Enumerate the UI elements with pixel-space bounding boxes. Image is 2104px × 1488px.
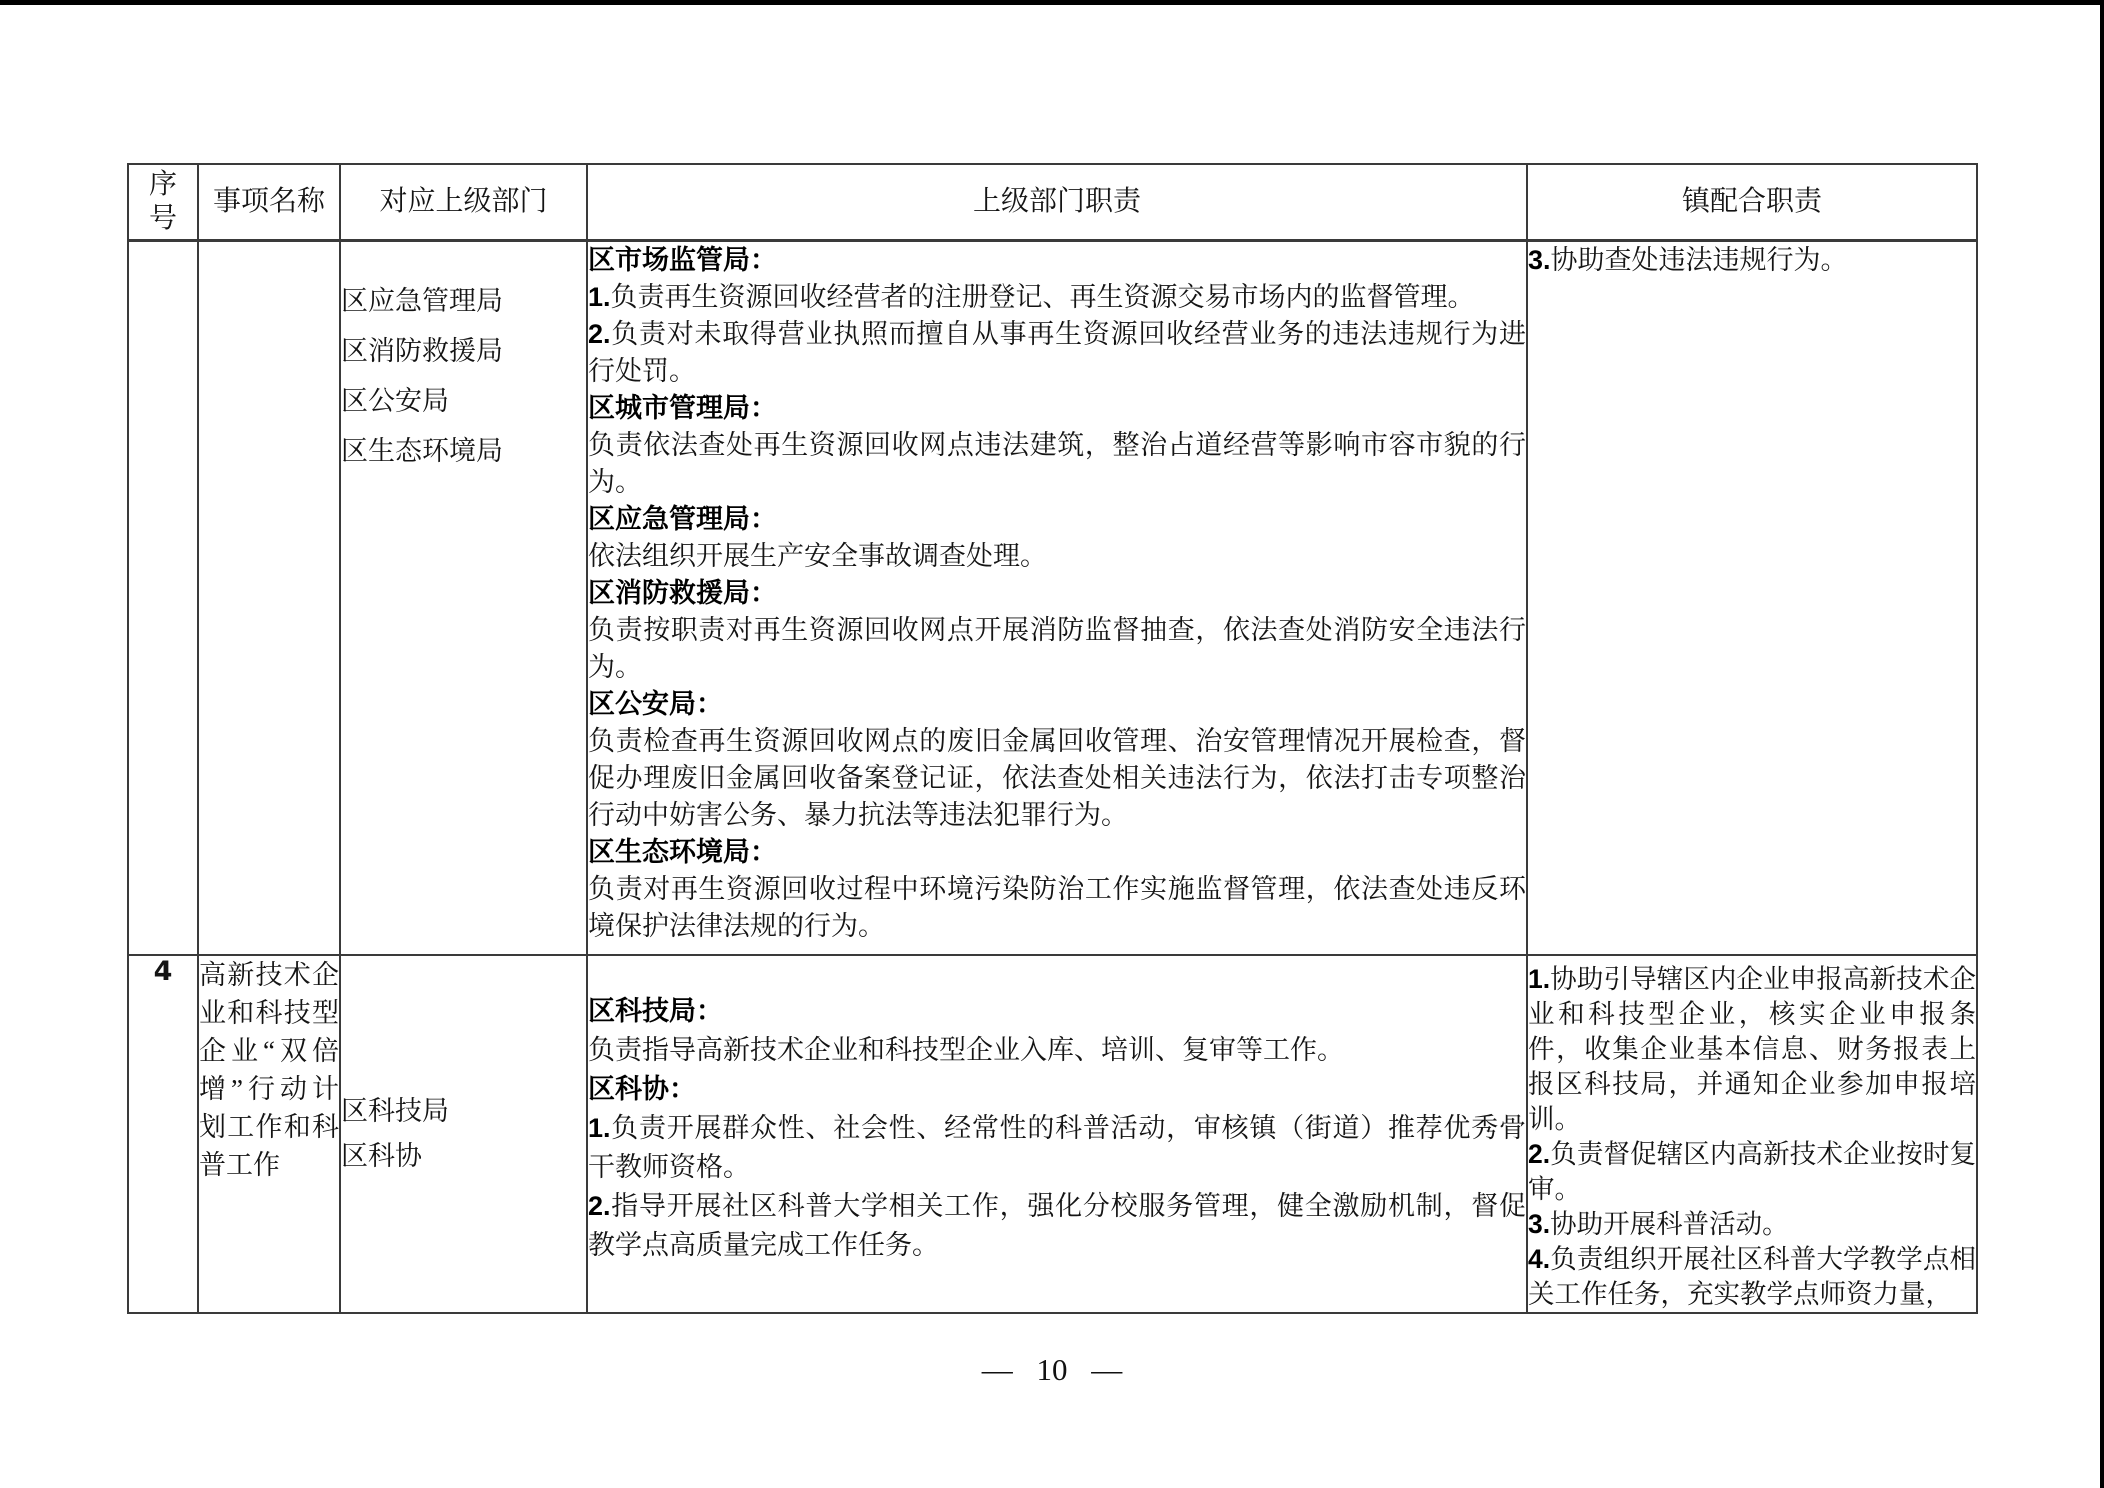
duty-paragraph: 负责对再生资源回收过程中环境污染防治工作实施监督管理，依法查处违反环境保护法律法… (588, 871, 1526, 945)
list-number: 1. (1528, 964, 1550, 994)
duty-text: 协助开展科普活动。 (1550, 1209, 1789, 1239)
column-header: 镇配合职责 (1527, 164, 1977, 240)
list-number: 3. (1528, 245, 1551, 275)
duty-text: 负责对再生资源回收过程中环境污染防治工作实施监督管理，依法查处违反环境保护法律法… (588, 874, 1526, 941)
department-name: 区科技局 (341, 1089, 586, 1134)
list-number: 2. (1528, 1139, 1550, 1169)
duty-paragraph: 负责依法查处再生资源回收网点违法建筑，整治占道经营等影响市容市貌的行为。 (588, 427, 1526, 501)
dept-heading: 区城市管理局： (588, 390, 1526, 427)
list-number: 1. (588, 282, 611, 312)
dept-heading-text: 区市场监管局： (588, 245, 777, 275)
responsibility-table-wrapper: 序 号事项名称对应上级部门上级部门职责镇配合职责 区应急管理局区消防救援局区公安… (127, 163, 1978, 1314)
cell-superior-duties: 区科技局：负责指导高新技术企业和科技型企业入库、培训、复审等工作。区科协：1.负… (587, 955, 1527, 1313)
dept-heading-text: 区生态环境局： (588, 837, 777, 867)
list-number: 4. (1528, 1244, 1550, 1274)
column-header: 序 号 (128, 164, 198, 240)
table-body: 区应急管理局区消防救援局区公安局区生态环境局区市场监管局：1.负责再生资源回收经… (128, 240, 1977, 1313)
column-header: 事项名称 (198, 164, 340, 240)
dept-heading-text: 区科协： (588, 1074, 696, 1104)
dept-heading: 区公安局： (588, 686, 1526, 723)
column-header: 上级部门职责 (587, 164, 1527, 240)
department-name: 区公安局 (341, 376, 586, 426)
cell-item-name (198, 240, 340, 955)
dept-heading: 区市场监管局： (588, 242, 1526, 279)
duty-paragraph: 2.指导开展社区科普大学相关工作，强化分校服务管理，健全激励机制，督促教学点高质… (588, 1187, 1526, 1265)
duty-paragraph: 1.负责再生资源回收经营者的注册登记、再生资源交易市场内的监督管理。 (588, 279, 1526, 316)
duty-paragraph: 4.负责组织开展社区科普大学教学点相关工作任务，充实教学点师资力量， (1528, 1242, 1976, 1312)
list-number: 2. (588, 1191, 611, 1221)
duty-paragraph: 负责按职责对再生资源回收网点开展消防监督抽查，依法查处消防安全违法行为。 (588, 612, 1526, 686)
dept-heading-text: 区消防救援局： (588, 578, 777, 608)
duty-paragraph: 3.协助开展科普活动。 (1528, 1207, 1976, 1242)
list-number: 2. (588, 319, 611, 349)
duty-text: 负责组织开展社区科普大学教学点相关工作任务，充实教学点师资力量， (1528, 1244, 1976, 1309)
scan-edge-top (0, 0, 2104, 5)
department-name: 区生态环境局 (341, 426, 586, 476)
cell-superior-duties: 区市场监管局：1.负责再生资源回收经营者的注册登记、再生资源交易市场内的监督管理… (587, 240, 1527, 955)
duty-text: 依法组织开展生产安全事故调查处理。 (588, 541, 1047, 571)
dept-heading: 区科协： (588, 1070, 1526, 1109)
duty-paragraph: 2.负责督促辖区内高新技术企业按时复审。 (1528, 1137, 1976, 1207)
cell-town-duties: 3.协助查处违法违规行为。 (1527, 240, 1977, 955)
duty-text: 负责依法查处再生资源回收网点违法建筑，整治占道经营等影响市容市貌的行为。 (588, 430, 1526, 497)
cell-departments: 区科技局区科协 (340, 955, 587, 1313)
duty-text: 负责督促辖区内高新技术企业按时复审。 (1528, 1139, 1976, 1204)
list-number: 3. (1528, 1209, 1550, 1239)
page-number: — 10 — (0, 1352, 2104, 1396)
scan-edge-right (2100, 0, 2104, 1488)
table-row: 4高新技术企业和科技型企业“双倍增”行动计划工作和科普工作区科技局区科协区科技局… (128, 955, 1977, 1313)
duty-text: 负责检查再生资源回收网点的废旧金属回收管理、治安管理情况开展检查，督促办理废旧金… (588, 726, 1526, 830)
dept-heading: 区生态环境局： (588, 834, 1526, 871)
duty-text: 协助引导辖区内企业申报高新技术企业和科技型企业，核实企业申报条件，收集企业基本信… (1528, 964, 1976, 1134)
cell-seq (128, 240, 198, 955)
item-name-text: 高新技术企业和科技型企业“双倍增”行动计划工作和科普工作 (199, 956, 339, 1184)
cell-item-name: 高新技术企业和科技型企业“双倍增”行动计划工作和科普工作 (198, 955, 340, 1313)
dept-heading-text: 区城市管理局： (588, 393, 777, 423)
department-name: 区消防救援局 (341, 326, 586, 376)
department-name: 区应急管理局 (341, 276, 586, 326)
responsibility-table: 序 号事项名称对应上级部门上级部门职责镇配合职责 区应急管理局区消防救援局区公安… (127, 163, 1978, 1314)
duty-paragraph: 1.负责开展群众性、社会性、经常性的科普活动，审核镇（街道）推荐优秀骨干教师资格… (588, 1109, 1526, 1187)
duty-text: 协助查处违法违规行为。 (1551, 245, 1848, 275)
duty-text: 负责按职责对再生资源回收网点开展消防监督抽查，依法查处消防安全违法行为。 (588, 615, 1526, 682)
duty-text: 负责对未取得营业执照而擅自从事再生资源回收经营业务的违法违规行为进行处罚。 (588, 319, 1526, 386)
dept-heading-text: 区科技局： (588, 996, 723, 1026)
duty-paragraph: 3.协助查处违法违规行为。 (1528, 242, 1976, 279)
duty-text: 负责开展群众性、社会性、经常性的科普活动，审核镇（街道）推荐优秀骨干教师资格。 (588, 1113, 1526, 1182)
table-row: 区应急管理局区消防救援局区公安局区生态环境局区市场监管局：1.负责再生资源回收经… (128, 240, 1977, 955)
duty-paragraph: 负责指导高新技术企业和科技型企业入库、培训、复审等工作。 (588, 1031, 1526, 1070)
duty-text: 负责指导高新技术企业和科技型企业入库、培训、复审等工作。 (588, 1035, 1344, 1065)
duty-paragraph: 1.协助引导辖区内企业申报高新技术企业和科技型企业，核实企业申报条件，收集企业基… (1528, 962, 1976, 1137)
cell-seq: 4 (128, 955, 198, 1313)
duty-paragraph: 2.负责对未取得营业执照而擅自从事再生资源回收经营业务的违法违规行为进行处罚。 (588, 316, 1526, 390)
table-header: 序 号事项名称对应上级部门上级部门职责镇配合职责 (128, 164, 1977, 240)
department-name: 区科协 (341, 1134, 586, 1179)
duty-text: 指导开展社区科普大学相关工作，强化分校服务管理，健全激励机制，督促教学点高质量完… (588, 1191, 1526, 1260)
dept-heading: 区科技局： (588, 992, 1526, 1031)
cell-town-duties: 1.协助引导辖区内企业申报高新技术企业和科技型企业，核实企业申报条件，收集企业基… (1527, 955, 1977, 1313)
dept-heading-text: 区公安局： (588, 689, 723, 719)
list-number: 1. (588, 1113, 611, 1143)
duty-text: 负责再生资源回收经营者的注册登记、再生资源交易市场内的监督管理。 (611, 282, 1475, 312)
duty-paragraph: 依法组织开展生产安全事故调查处理。 (588, 538, 1526, 575)
cell-departments: 区应急管理局区消防救援局区公安局区生态环境局 (340, 240, 587, 955)
dept-heading: 区应急管理局： (588, 501, 1526, 538)
dept-heading-text: 区应急管理局： (588, 504, 777, 534)
column-header: 对应上级部门 (340, 164, 587, 240)
dept-heading: 区消防救援局： (588, 575, 1526, 612)
header-row: 序 号事项名称对应上级部门上级部门职责镇配合职责 (128, 164, 1977, 240)
duty-paragraph: 负责检查再生资源回收网点的废旧金属回收管理、治安管理情况开展检查，督促办理废旧金… (588, 723, 1526, 834)
